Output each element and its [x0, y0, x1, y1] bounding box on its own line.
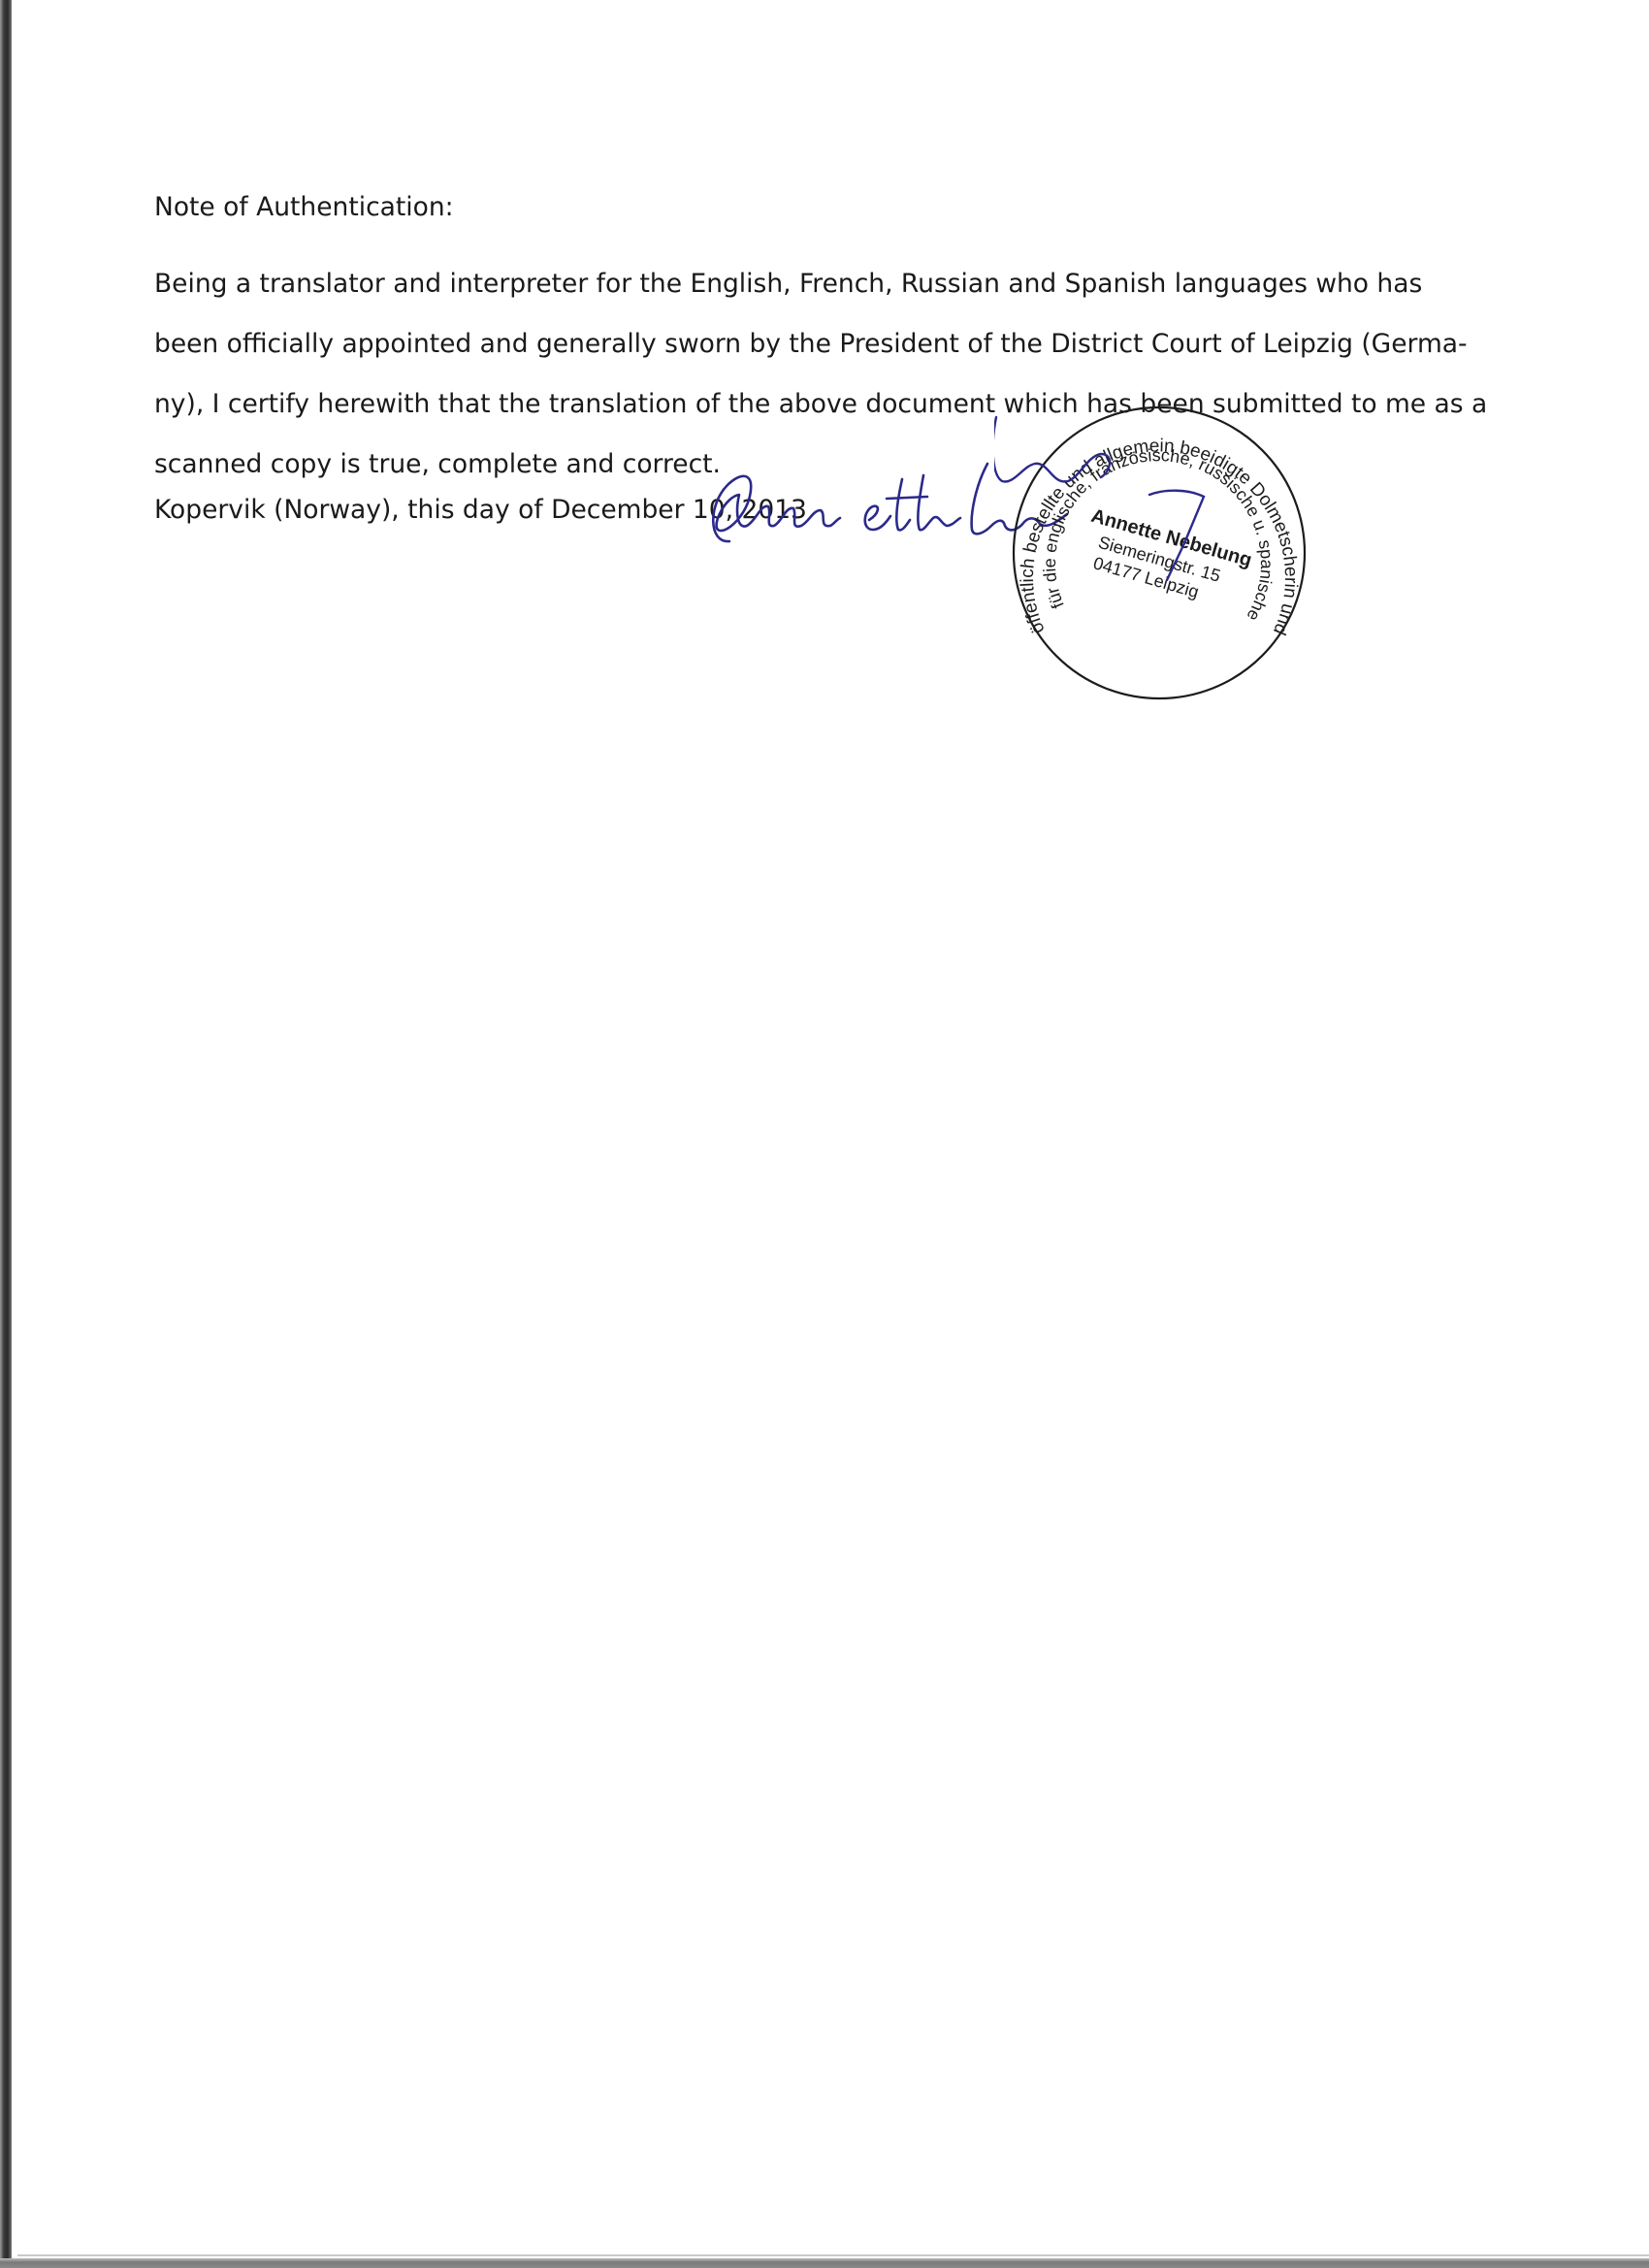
body-line: scanned copy is true, complete and corre…	[154, 449, 721, 479]
official-stamp: öffentlich bestellte und allgemein beeid…	[994, 388, 1324, 718]
body-line: Being a translator and interpreter for t…	[154, 269, 1422, 299]
body-line: been officially appointed and generally …	[154, 329, 1468, 359]
scan-edge-left	[0, 0, 12, 2268]
note-heading: Note of Authentication:	[154, 190, 1570, 225]
scan-line-bottom	[17, 2254, 1649, 2256]
scan-edge-bottom	[0, 2258, 1649, 2268]
